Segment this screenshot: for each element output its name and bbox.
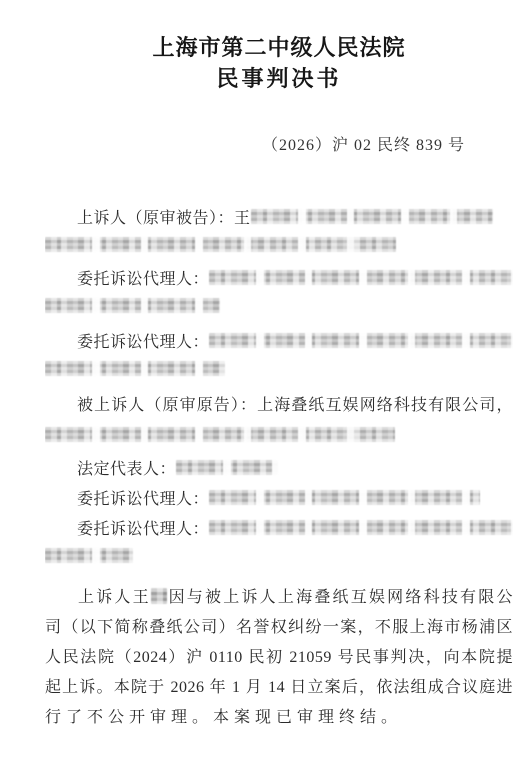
agent-line-4: 委托诉讼代理人： [45, 513, 513, 541]
redacted-appellee-address [45, 427, 395, 442]
body-line-5: 行了不公开审理。本案现已审理终结。 [45, 703, 513, 733]
parties-section: 上诉人（原审被告）：王 委托诉讼代理人： 委托诉讼代理人： 被上诉人（原审原告）… [45, 202, 513, 569]
court-name: 上海市第二中级人民法院 [45, 33, 513, 63]
agent-label-2: 委托诉讼代理人： [77, 329, 209, 352]
document-content: 上海市第二中级人民法院 民事判决书 （2026）沪 02 民终 839 号 上诉… [0, 0, 526, 733]
body-line-4: 起上诉。本院于 2026 年 1 月 14 日立案后，依法组成合议庭进 [45, 673, 513, 703]
redacted-agent-1-firm [45, 298, 220, 313]
agent-label-3: 委托诉讼代理人： [77, 486, 209, 509]
agent-line-1: 委托诉讼代理人： [45, 263, 513, 291]
case-number: （2026）沪 02 民终 839 号 [45, 136, 513, 156]
redacted-legal-rep-name [176, 460, 278, 475]
body-line-1-post: 因与被上诉人上海叠纸互娱网络科技有限公 [167, 589, 513, 606]
agent-line-4b [45, 541, 513, 569]
redacted-agent-2-firm [45, 361, 225, 376]
legal-rep-line: 法定代表人： [45, 453, 513, 481]
appellee-line: 被上诉人（原审原告）：上海叠纸互娱网络科技有限公司， [45, 392, 513, 420]
redacted-agent-4-info [209, 520, 513, 535]
agent-line-1b [45, 291, 513, 319]
body-line-3: 人民法院（2024）沪 0110 民初 21059 号民事判决，向本院提 [45, 643, 513, 673]
redacted-agent-4-firm [45, 548, 133, 563]
agent-line-2: 委托诉讼代理人： [45, 326, 513, 354]
redacted-name-inline [151, 588, 167, 604]
appellant-line-2 [45, 230, 513, 258]
case-summary-paragraph: 上诉人王因与被上诉人上海叠纸互娱网络科技有限公 司（以下简称叠纸公司）名誉权纠纷… [45, 583, 513, 733]
agent-line-2b [45, 354, 513, 382]
appellee-line-2 [45, 420, 513, 448]
redacted-agent-3-info [209, 490, 480, 505]
redacted-appellant-info [251, 209, 493, 224]
body-line-2: 司（以下简称叠纸公司）名誉权纠纷一案，不服上海市杨浦区 [45, 613, 513, 643]
appellant-label: 上诉人（原审被告）：王 [77, 205, 251, 228]
document-type: 民事判决书 [45, 63, 513, 95]
legal-rep-label: 法定代表人： [77, 456, 176, 479]
redacted-appellant-address [45, 237, 396, 252]
agent-label-1: 委托诉讼代理人： [77, 266, 209, 289]
appellant-line: 上诉人（原审被告）：王 [45, 202, 513, 230]
body-line-1-pre: 上诉人王 [78, 589, 151, 606]
redacted-agent-1-info [209, 270, 513, 285]
redacted-agent-2-info [209, 333, 513, 348]
agent-line-3: 委托诉讼代理人： [45, 483, 513, 511]
judgment-page: 上海市第二中级人民法院 民事判决书 （2026）沪 02 民终 839 号 上诉… [0, 0, 526, 759]
agent-label-4: 委托诉讼代理人： [77, 516, 209, 539]
body-line-1: 上诉人王因与被上诉人上海叠纸互娱网络科技有限公 [45, 583, 513, 613]
